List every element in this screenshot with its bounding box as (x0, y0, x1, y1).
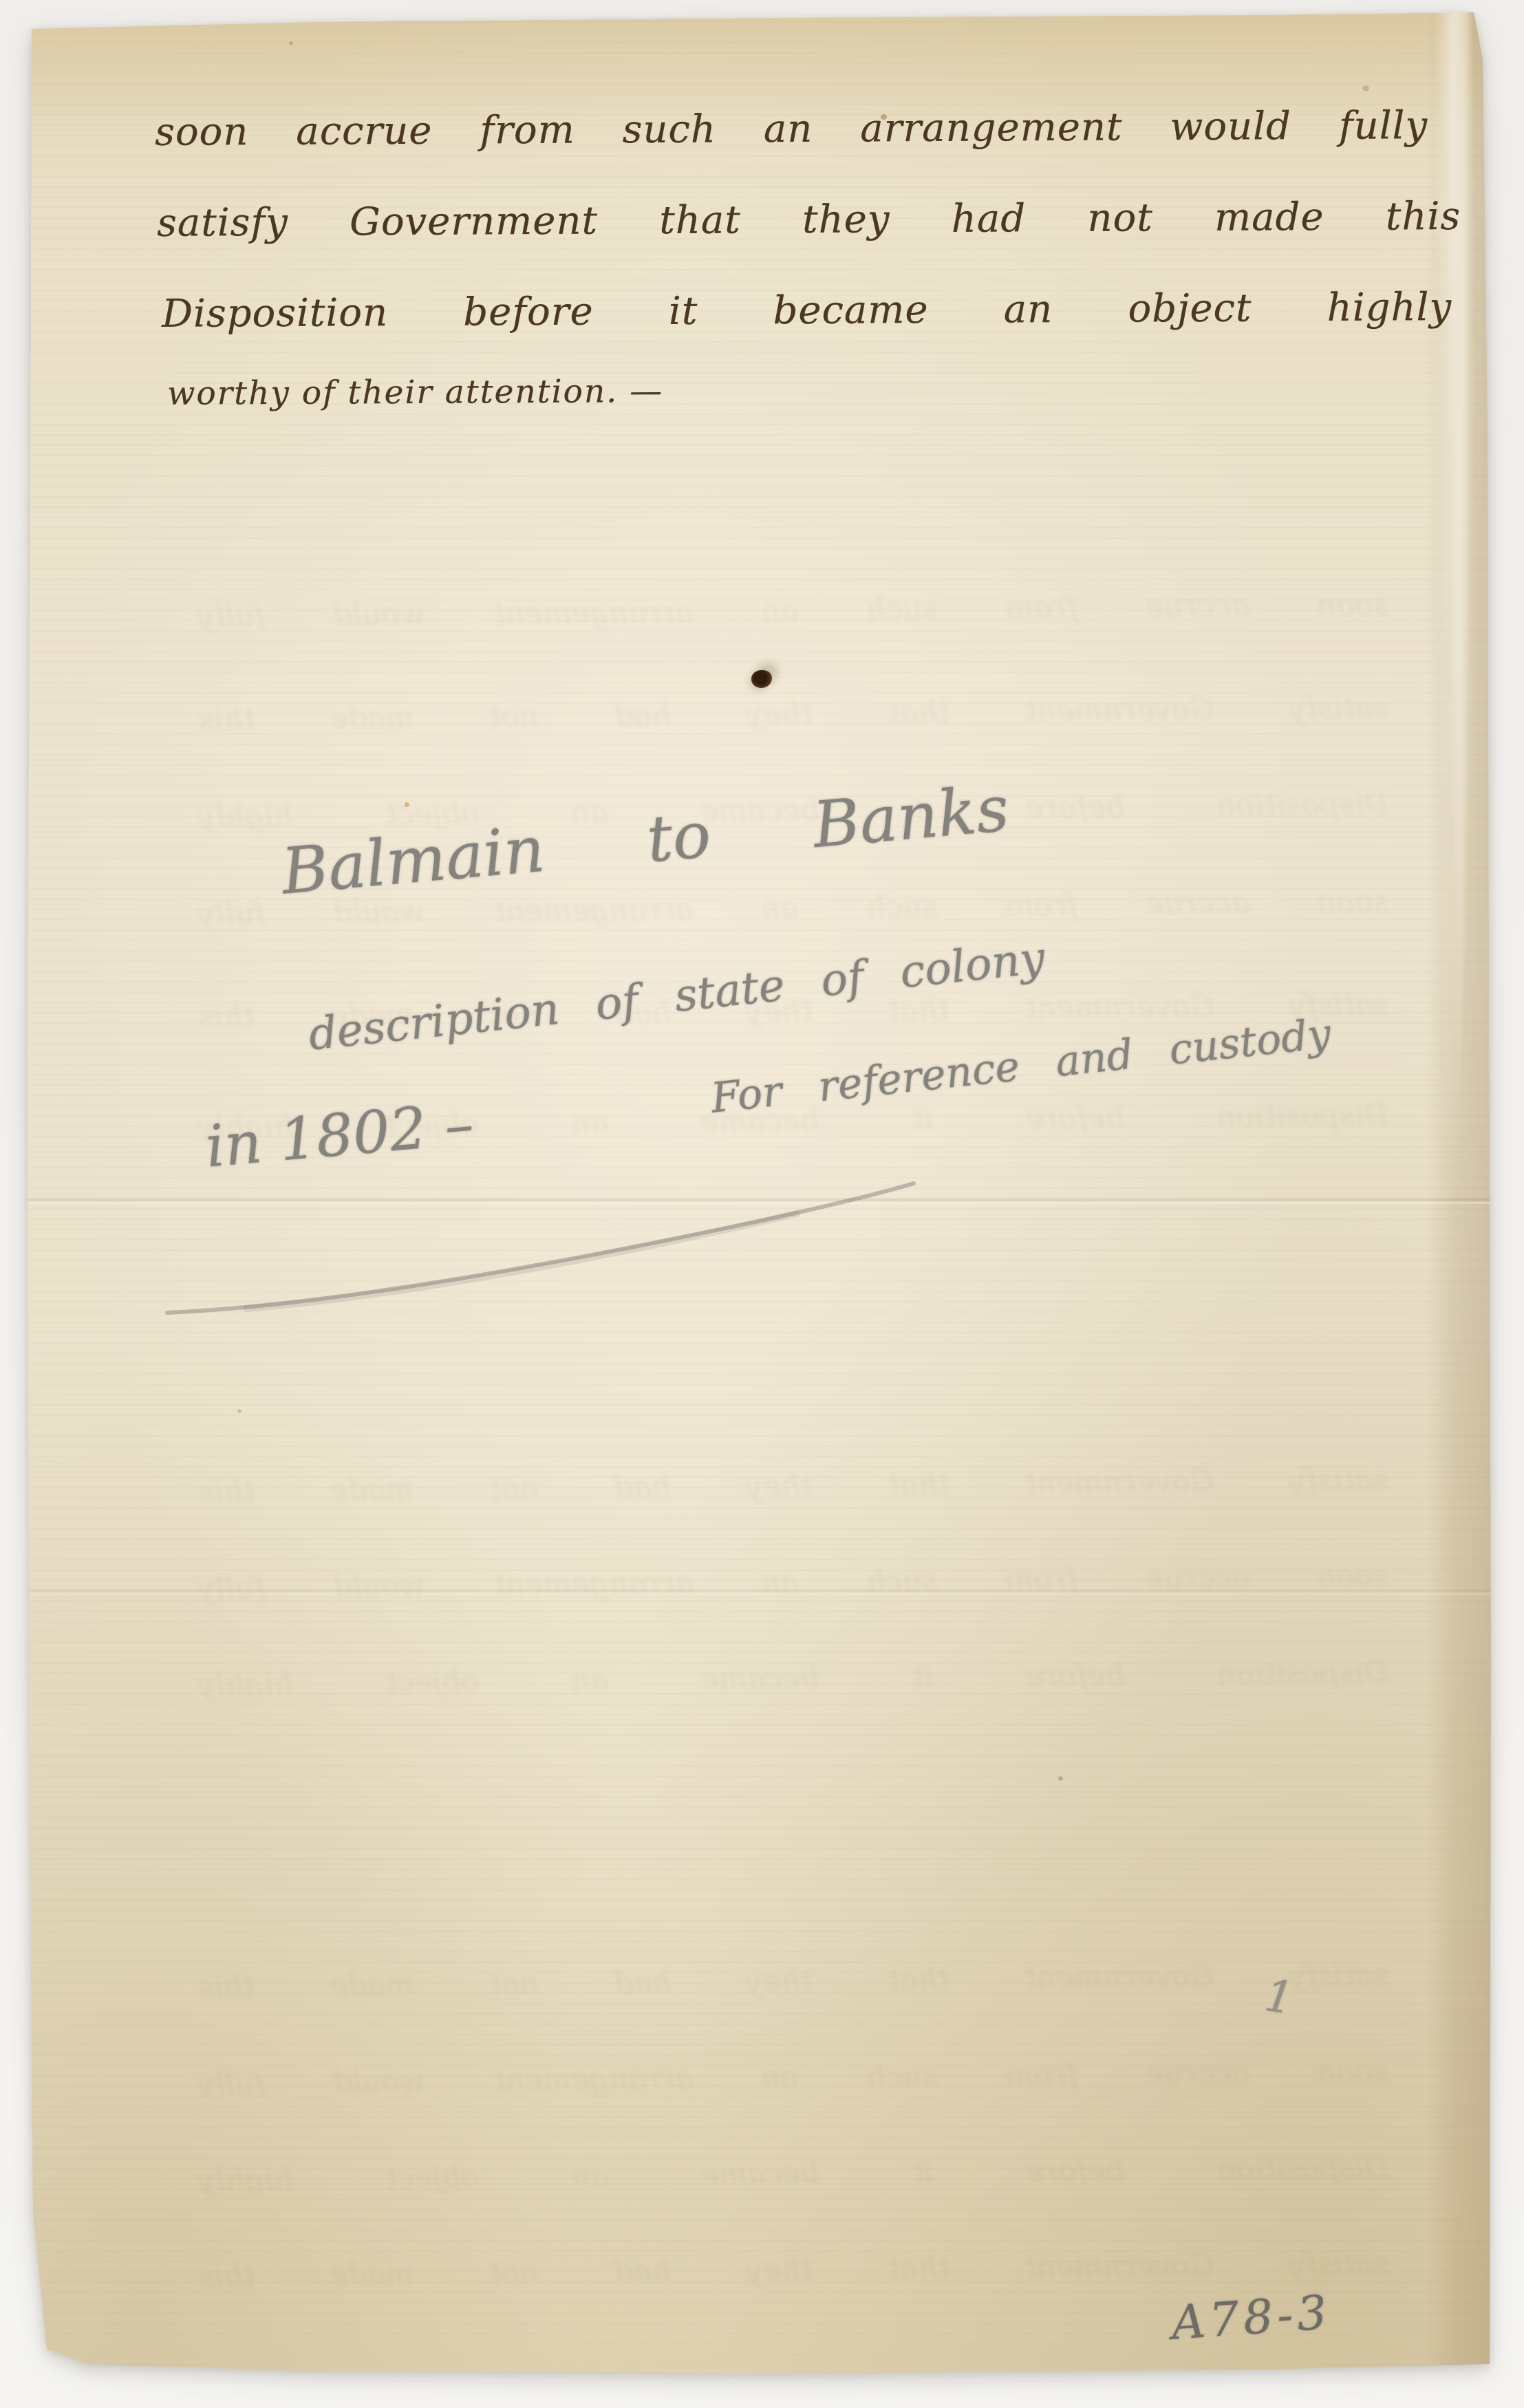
bottom-edge-shadow (26, 2374, 1492, 2378)
manuscript-page: soon accrue from such an arrangement wou… (26, 11, 1492, 2378)
manuscript-scan: soon accrue from such an arrangement wou… (0, 0, 1524, 2408)
scan-background: { "scan": { "backdrop_color": "#f2f0ed",… (0, 0, 1524, 2408)
pencil-flourish-underline (26, 11, 1492, 2378)
